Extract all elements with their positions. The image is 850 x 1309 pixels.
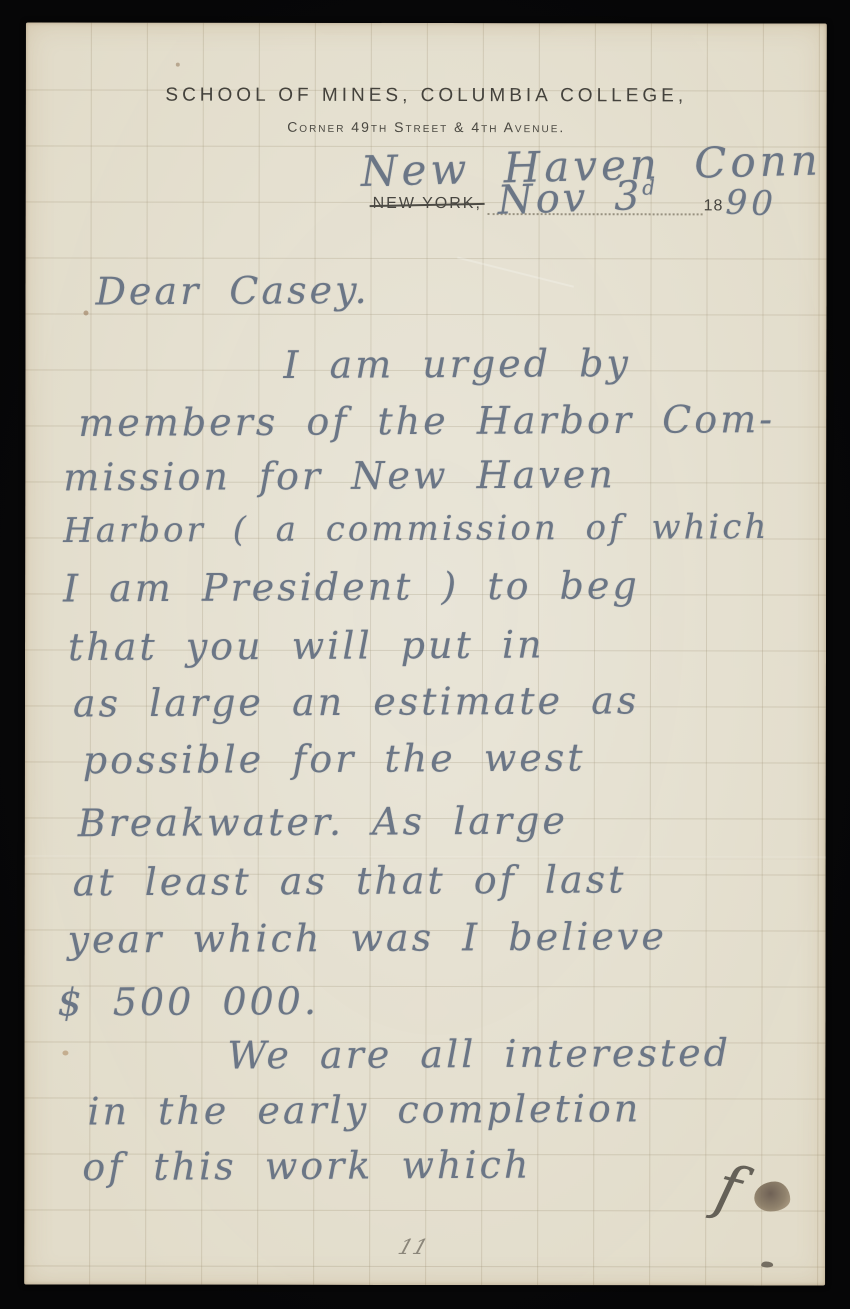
- handwritten-date: Nov 3d: [497, 173, 659, 224]
- salutation-line: Dear Casey.: [95, 271, 369, 311]
- handwritten-year-digits: 90: [725, 183, 778, 225]
- printed-year-prefix: 18: [704, 197, 724, 215]
- handwritten-line: members of the Harbor Com-: [78, 400, 775, 442]
- handwritten-line: of this work which: [82, 1146, 531, 1187]
- handwritten-line: $ 500 000.: [57, 982, 319, 1021]
- handwritten-line: at least as that of last: [73, 860, 627, 901]
- handwritten-line: mission for New Haven: [63, 455, 616, 496]
- handwritten-date-text: Nov 3: [497, 173, 643, 224]
- handwritten-line: I am urged by: [283, 344, 631, 384]
- handwritten-line: that you will put in: [68, 626, 545, 667]
- letterhead-address: Corner 49th Street & 4th Avenue.: [26, 118, 827, 135]
- handwritten-line: possible for the west: [83, 738, 586, 779]
- stain-speck: [83, 311, 88, 316]
- stain-speck: [62, 1050, 68, 1055]
- printed-place: NEW YORK,: [373, 195, 482, 213]
- handwritten-line: in the early completion: [87, 1089, 641, 1130]
- handwritten-line: We are all interested: [227, 1034, 731, 1075]
- handwritten-line: Breakwater. As large: [78, 801, 568, 842]
- crease-highlight: [457, 257, 574, 288]
- fold-crease: [25, 855, 826, 859]
- pencil-page-mark: 11: [395, 1235, 432, 1259]
- handwritten-line: year which was I believe: [68, 917, 667, 958]
- handwritten-line: as large an estimate as: [73, 681, 640, 722]
- date-ordinal-superscript: d: [642, 175, 659, 200]
- letterhead-title: SCHOOL OF MINES, COLUMBIA COLLEGE,: [26, 84, 827, 107]
- stain-speck: [176, 63, 180, 67]
- scan-background: SCHOOL OF MINES, COLUMBIA COLLEGE, Corne…: [0, 0, 850, 1309]
- pencil-check-mark: f: [709, 1150, 749, 1226]
- ink-blot: [754, 1181, 790, 1211]
- stain-speck: [761, 1261, 773, 1267]
- handwritten-line: I am President ) to beg: [63, 566, 640, 607]
- letter-page: SCHOOL OF MINES, COLUMBIA COLLEGE, Corne…: [24, 22, 827, 1285]
- handwritten-line: Harbor ( a commission of which: [63, 510, 769, 548]
